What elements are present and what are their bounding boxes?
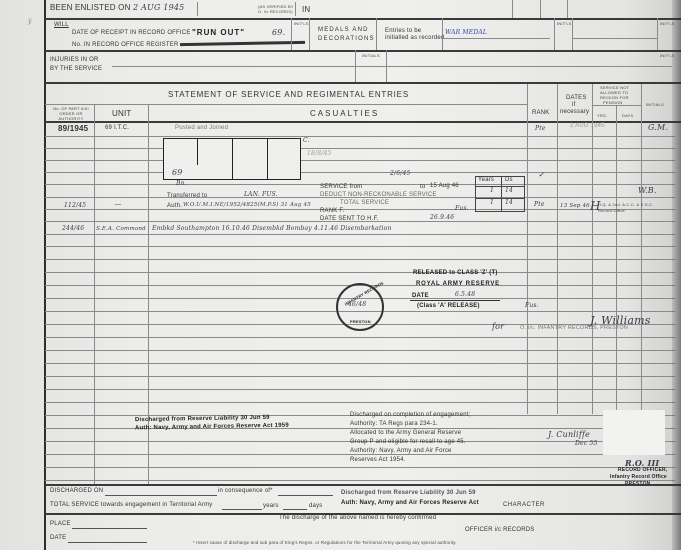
- row4-order: 244/46: [62, 225, 84, 232]
- col-line-dates: [592, 84, 593, 414]
- entries-label-2: initialled as recorded: [385, 35, 444, 41]
- col-line-days: [641, 84, 642, 414]
- years-line: [222, 509, 262, 510]
- col-line-rank: [557, 84, 558, 414]
- service-from-value: 2/6/45: [390, 170, 411, 177]
- service-rank-entry: Pte: [534, 201, 545, 208]
- rank-label: RANK F.: [320, 208, 344, 214]
- infantry-records-circle-stamp: INFANTRY RECORDS 46/48 PRESTON: [336, 283, 384, 331]
- row-rule: [45, 136, 675, 137]
- divider: [291, 18, 292, 50]
- header-rule-2: [45, 50, 681, 52]
- service-initials-entry: W.B.: [638, 186, 657, 195]
- transfer-label: Transferred to: [167, 193, 207, 199]
- service-from-label: SERVICE from: [320, 184, 362, 190]
- receipt-value-2: 69.: [272, 28, 285, 37]
- row1-casualties: Posted and Joined: [175, 125, 228, 131]
- row-rule: [45, 160, 675, 161]
- row-rule: [45, 363, 675, 364]
- divider: [572, 18, 573, 50]
- col-dates-2: if: [572, 102, 575, 108]
- row1-rank: Pte: [535, 125, 546, 132]
- row1-unit: 69 I.T.C.: [105, 125, 129, 131]
- col-dates-3: necessary: [560, 109, 589, 115]
- in-label: IN: [302, 5, 310, 14]
- table-top-rule: [45, 82, 681, 84]
- receipt-value: "RUN OUT": [192, 28, 245, 37]
- row4-unit: S.E.A. Command: [96, 225, 146, 234]
- date-label: DATE: [50, 535, 66, 541]
- date-line: [68, 542, 147, 543]
- medal-rule-2: [572, 38, 657, 39]
- divider: [295, 2, 296, 16]
- divider: [540, 0, 541, 18]
- discharge-2-line-5: Authority: Navy, Army and Air Force: [350, 448, 452, 454]
- margin-mark: ÿ: [28, 18, 32, 25]
- row-rule: [45, 402, 675, 403]
- paper-patch: [603, 410, 665, 455]
- consequence-line: [278, 495, 333, 496]
- box-value: 69: [172, 168, 183, 177]
- initials-label: INITIALS: [362, 53, 380, 58]
- box-divider: [476, 186, 524, 187]
- footer-top-rule: [45, 484, 681, 486]
- release-signature: J. Williams: [590, 314, 651, 327]
- years-label: years: [263, 503, 279, 509]
- character-label: CHARACTER: [503, 502, 545, 508]
- col-line-casualties: [527, 84, 528, 414]
- discharge-2-line-1: Discharged on completion of engagement;: [350, 412, 471, 418]
- divider: [657, 18, 658, 50]
- row-rule: [45, 272, 675, 273]
- box-divider: [197, 139, 198, 165]
- divider: [376, 18, 377, 50]
- row3-order: 112/45: [64, 202, 86, 209]
- auth-value: W.O.U.M.I.NE/1952/4825(M.P.S) 31 Aug 45: [183, 202, 311, 208]
- date-sent-label: DATE SENT TO H.F.: [320, 216, 379, 222]
- will-label: WILL: [54, 22, 69, 28]
- place-label: PLACE: [50, 521, 71, 527]
- years-label: Years: [478, 177, 494, 183]
- title-rule: [45, 104, 527, 105]
- release-rank: Fus.: [525, 302, 539, 309]
- days-1: 14: [505, 187, 513, 194]
- col-casualties: CASUALTIES: [310, 109, 379, 118]
- medal-rule: [442, 38, 550, 39]
- col-rank: RANK: [532, 110, 549, 116]
- pension-rule: [592, 105, 642, 106]
- discharged-on-label: DISCHARGED ON: [50, 488, 103, 494]
- divider: [355, 50, 356, 82]
- row-rule: [45, 480, 675, 481]
- record-stamp-line-2: RECORD OFFICER,: [618, 467, 667, 473]
- register-label: No. IN RECORD OFFICE REGISTER: [72, 42, 178, 48]
- discharged-on-line: [105, 495, 217, 496]
- date-sent-value: 26.9.46: [430, 214, 454, 221]
- divider: [197, 2, 198, 16]
- to-value: 15 Aug 46: [430, 183, 459, 189]
- enlisted-label: BEEN ENLISTED ON: [50, 3, 131, 12]
- days-2: 14: [505, 199, 513, 206]
- days-label: days: [309, 503, 322, 509]
- row-rule: [45, 172, 675, 173]
- discharge-1-line-1: Discharged from Reserve Liability 30 Jun…: [135, 415, 270, 423]
- divider: [567, 0, 568, 18]
- row-rule: [45, 389, 675, 390]
- footnote: * Insert cause of discharge and sub para…: [193, 540, 457, 545]
- row1-order: 89/1945: [58, 124, 88, 133]
- row-rule: [45, 376, 675, 377]
- box-divider: [501, 177, 502, 211]
- col-initials: INITIALS: [646, 102, 664, 107]
- release-line-4: (Class 'A' RELEASE): [417, 303, 480, 309]
- service-date-entry: 13 Sep 46: [560, 203, 590, 209]
- row-rule: [45, 350, 675, 351]
- box-divider: [232, 139, 233, 179]
- divider: [309, 18, 310, 50]
- row-rule: [45, 234, 675, 235]
- receipt-label: DATE OF RECEIPT IN RECORD OFFICE: [72, 30, 191, 36]
- record-stamp-line-3: Infantry Record Office: [610, 474, 667, 480]
- torn-edge: [672, 0, 681, 550]
- row-rule: [45, 209, 675, 210]
- years-1: 1: [490, 187, 494, 194]
- grid-box: [163, 138, 301, 180]
- footer-stamp-line-1: Discharged from Reserve Liability 30 Jun…: [341, 490, 476, 496]
- initials-small: INIT'LS: [294, 21, 309, 26]
- enlisted-value: 2 AUG 1945: [133, 3, 184, 12]
- release-for: for: [492, 322, 504, 331]
- box-annotation: C.: [303, 137, 310, 144]
- release-line-2: ROYAL ARMY RESERVE: [416, 281, 500, 287]
- box-divider: [267, 139, 268, 179]
- row3-unit: —: [115, 202, 121, 208]
- total-service-label: TOTAL SERVICE towards engagement in Terr…: [50, 502, 212, 508]
- medals-value: WAR MEDAL: [445, 29, 487, 36]
- in-consequence-label: in consequence of*: [218, 488, 273, 494]
- record-office: Record Office: [598, 208, 625, 213]
- box-divider: [476, 198, 524, 199]
- office-stamp: H.Q. & 2nd. A.C.C. & S.S.C.: [598, 202, 653, 207]
- col-order: No. OF PART II/III ORDER OR AUTHORITY: [48, 106, 94, 121]
- row4-casualties: Embkd Southampton 16.10.46 Disembkd Bomb…: [152, 225, 392, 232]
- rank-value: Fus.: [455, 205, 469, 212]
- medals-label-2: DECORATIONS: [318, 36, 375, 42]
- box-date-note: 18/8/45: [307, 150, 332, 157]
- redaction-bar: [180, 41, 305, 46]
- row-rule: [45, 454, 675, 455]
- row-rule: [45, 246, 675, 247]
- col-dates-1: DATES: [566, 95, 587, 101]
- divider: [512, 0, 513, 18]
- row1-initials: G.M.: [648, 123, 668, 132]
- divider: [442, 18, 443, 50]
- release-rule: [410, 300, 500, 301]
- col-line-order: [94, 104, 95, 484]
- footer-stamp-line-2: Auth: Navy, Army and Air Forces Reserve …: [341, 500, 479, 506]
- table-title: STATEMENT OF SERVICE AND REGIMENTAL ENTR…: [168, 90, 409, 99]
- injuries-label-1: INJURIES IN OR: [50, 57, 98, 63]
- deduct-label: DEDUCT NON-RECKONABLE SERVICE: [320, 192, 437, 198]
- release-line-1: RELEASED to CLASS 'Z' (T): [413, 270, 498, 276]
- divider: [554, 18, 555, 50]
- entries-label-1: Entries to be: [385, 28, 421, 34]
- col-days: DAYS: [622, 113, 633, 118]
- row-rule: [45, 467, 675, 468]
- medals-label-1: MEDALS AND: [318, 27, 369, 33]
- header-rule: [45, 18, 681, 20]
- discharge-2-line-6: Reserves Act 1954.: [350, 457, 406, 463]
- handwritten-signature: J. Cunliffe: [548, 430, 590, 439]
- to-label: to: [420, 184, 425, 190]
- divider: [386, 50, 387, 82]
- officer-label: OFFICER i/c RECORDS: [465, 527, 534, 533]
- row-rule: [45, 148, 675, 149]
- place-line: [72, 528, 147, 529]
- transfer-value: LAN. FUS.: [244, 191, 278, 198]
- release-date-label: DATE: [412, 293, 429, 299]
- release-date-value: 6.5.48: [455, 291, 475, 298]
- total-label: TOTAL SERVICE: [340, 200, 389, 206]
- tick-mark: ✓: [538, 170, 545, 179]
- row1-dates: 2 AUG 1945: [570, 123, 605, 129]
- injuries-label-2: BY THE SERVICE: [50, 66, 102, 72]
- confirmed-text: The discharge of the above named is here…: [279, 515, 436, 521]
- col-yrs: YRS.: [597, 113, 607, 118]
- days-line: [283, 509, 307, 510]
- years-2: 1: [490, 199, 494, 206]
- handwritten-signature-date: Dec 55: [575, 440, 597, 447]
- circle-stamp-bottom: PRESTON: [350, 319, 371, 324]
- discharge-2-line-4: Group P and eligible for recall to age 4…: [350, 439, 466, 445]
- verified-label: (AS VERIFIED BY O. i/c RECORDS): [258, 4, 298, 14]
- initials-small-2: INIT'LS: [557, 21, 572, 26]
- discharge-1-line-2: Auth: Navy, Army and Air Forces Reserve …: [135, 423, 289, 432]
- row-rule: [45, 337, 675, 338]
- injuries-rule: [112, 66, 672, 67]
- row-rule: [45, 259, 675, 260]
- service-record-document: ÿ BEEN ENLISTED ON 2 AUG 1945 (AS VERIFI…: [0, 0, 681, 550]
- box-sub: Bn.: [176, 180, 187, 187]
- col-unit: UNIT: [112, 109, 131, 118]
- discharge-2-line-2: Authority: TA Regs para 234-1.: [350, 421, 438, 427]
- auth-label: Auth.: [167, 203, 182, 209]
- discharge-2-line-3: Allocated to the Army General Reserve: [350, 430, 461, 436]
- days-label: Ds: [505, 177, 513, 183]
- circle-stamp-center: 46/48: [348, 301, 366, 308]
